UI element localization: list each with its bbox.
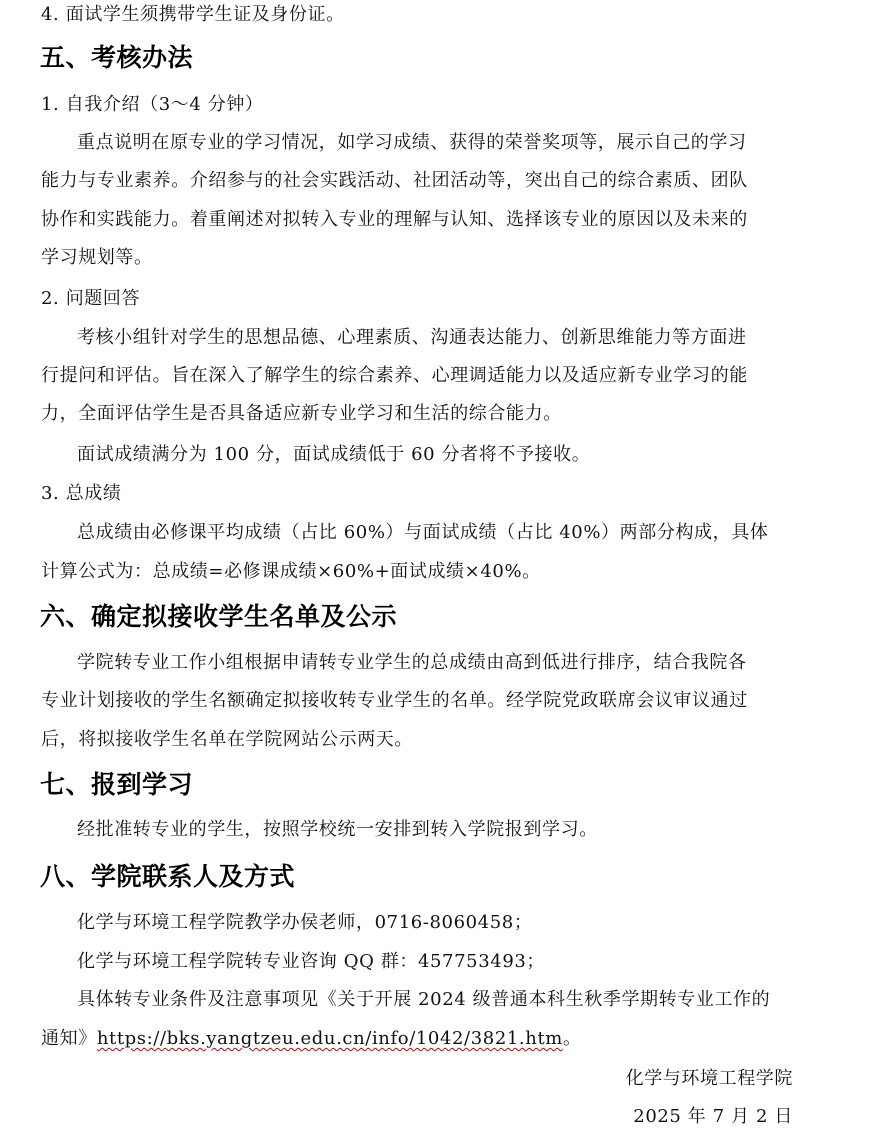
section-heading-assessment: 五、考核办法 bbox=[40, 42, 193, 74]
subheading-total-score: 3. 总成绩 bbox=[41, 482, 122, 506]
paragraph-line: 学习规划等。 bbox=[41, 246, 153, 270]
paragraph-line: 力，全面评估学生是否具备适应新专业学习和生活的综合能力。 bbox=[41, 402, 562, 426]
paragraph-line: 专业计划接收的学生名额确定拟接收转专业学生的名单。经学院党政联席会议审议通过 bbox=[41, 689, 748, 713]
subheading-self-intro: 1. 自我介绍（3～4 分钟） bbox=[41, 93, 264, 117]
paragraph-line: 考核小组针对学生的思想品德、心理素质、沟通表达能力、创新思维能力等方面进 bbox=[77, 326, 747, 350]
paragraph-line: 经批准转专业的学生，按照学校统一安排到转入学院报到学习。 bbox=[77, 818, 598, 842]
section-heading-registration: 七、报到学习 bbox=[40, 769, 193, 801]
signature-organization: 化学与环境工程学院 bbox=[626, 1067, 793, 1091]
section-heading-contacts: 八、学院联系人及方式 bbox=[40, 861, 295, 893]
notice-prefix: 通知》 bbox=[41, 1028, 97, 1049]
paragraph-line: 学院转专业工作小组根据申请转专业学生的总成绩由高到低进行排序，结合我院各 bbox=[77, 651, 747, 675]
contact-qq-group: 化学与环境工程学院转专业咨询 QQ 群：457753493； bbox=[77, 950, 545, 974]
contact-phone: 化学与环境工程学院教学办侯老师，0716-8060458； bbox=[77, 911, 532, 935]
paragraph-line: 计算公式为：总成绩=必修课成绩×60%+面试成绩×40%。 bbox=[41, 560, 541, 584]
requirement-item-4: 4. 面试学生须携带学生证及身份证。 bbox=[41, 3, 345, 27]
paragraph-line: 重点说明在原专业的学习情况，如学习成绩、获得的荣誉奖项等，展示自己的学习 bbox=[77, 131, 747, 155]
paragraph-line: 行提问和评估。旨在深入了解学生的综合素养、心理调适能力以及适应新专业学习的能 bbox=[41, 364, 748, 388]
document-page: 4. 面试学生须携带学生证及身份证。 五、考核办法 1. 自我介绍（3～4 分钟… bbox=[0, 0, 871, 1135]
notice-link-line: 通知》https://bks.yangtzeu.edu.cn/info/1042… bbox=[41, 1027, 582, 1051]
paragraph-line: 协作和实践能力。着重阐述对拟转入专业的理解与认知、选择该专业的原因以及未来的 bbox=[41, 208, 748, 232]
notice-url-link[interactable]: https://bks.yangtzeu.edu.cn/info/1042/38… bbox=[97, 1028, 563, 1049]
paragraph-line: 后，将拟接收学生名单在学院网站公示两天。 bbox=[41, 728, 413, 752]
paragraph-line: 总成绩由必修课平均成绩（占比 60%）与面试成绩（占比 40%）两部分构成，具体 bbox=[77, 521, 768, 545]
section-heading-admission-list: 六、确定拟接收学生名单及公示 bbox=[40, 601, 397, 633]
paragraph-line: 具体转专业条件及注意事项见《关于开展 2024 级普通本科生秋季学期转专业工作的 bbox=[77, 988, 770, 1012]
subheading-qa: 2. 问题回答 bbox=[41, 287, 140, 311]
notice-suffix: 。 bbox=[563, 1028, 582, 1049]
paragraph-line: 面试成绩满分为 100 分，面试成绩低于 60 分者将不予接收。 bbox=[77, 443, 590, 467]
paragraph-line: 能力与专业素养。介绍参与的社会实践活动、社团活动等，突出自己的综合素质、团队 bbox=[41, 169, 748, 193]
signature-date: 2025 年 7 月 2 日 bbox=[633, 1105, 793, 1129]
